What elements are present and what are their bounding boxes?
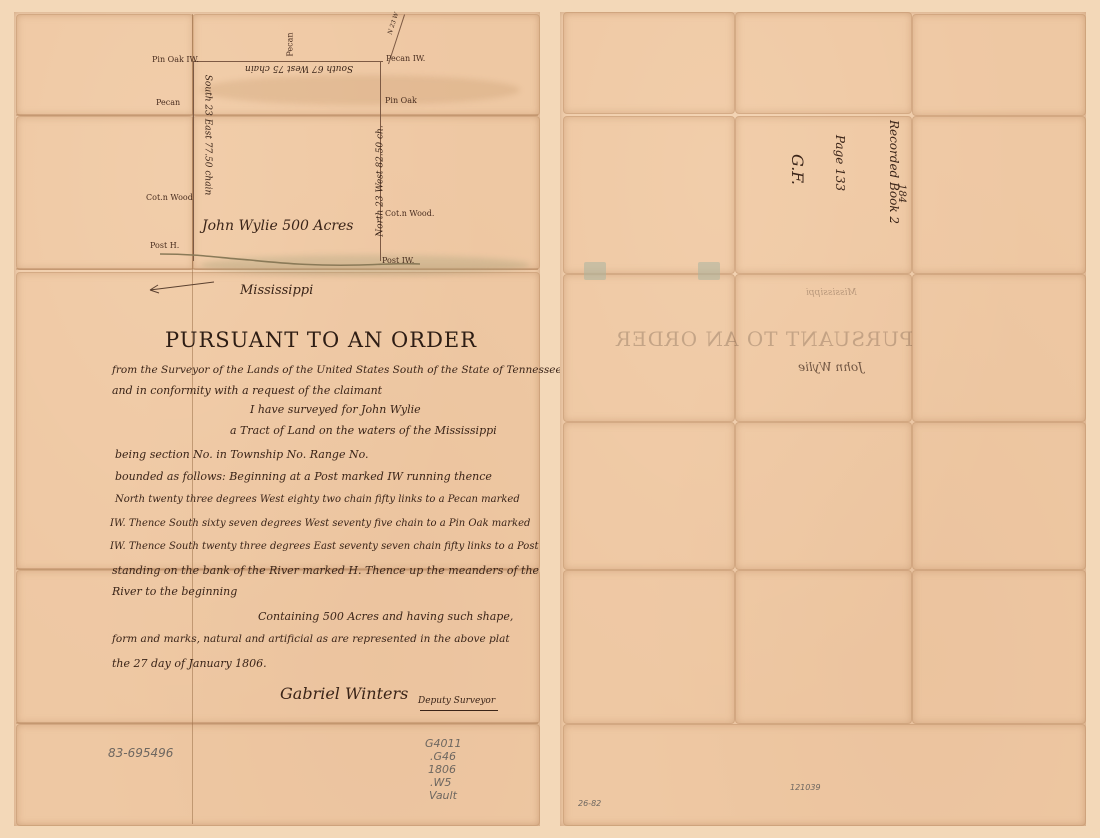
- call-number-line: .G46: [430, 750, 462, 763]
- label-cot-wood-right: Cot.n Wood.: [385, 209, 434, 218]
- back-panel: [735, 422, 912, 570]
- call-number-line: .W5: [430, 776, 462, 789]
- back-pencil-note-left: 26-82: [578, 799, 601, 808]
- call-number-line: G4011: [425, 737, 462, 750]
- back-panel: [912, 14, 1086, 116]
- corner-label-nw: Pin Oak IW.: [152, 55, 199, 64]
- bleed-through-heading: PURSUANT TO AN ORDER: [615, 327, 913, 351]
- corner-label-se: Post IW.: [382, 256, 414, 265]
- surveyor-title: Deputy Surveyor: [418, 696, 495, 706]
- order-line: Containing 500 Acres and having such sha…: [258, 610, 513, 623]
- call-number-line: Vault: [429, 789, 462, 802]
- back-panel: [563, 12, 735, 114]
- bearing-west-line: South 23 East 77.50 chain: [202, 75, 212, 196]
- call-number-line: 1806: [428, 763, 462, 776]
- back-panel: [735, 570, 912, 724]
- front-fold-1: [16, 114, 538, 116]
- order-line: North twenty three degrees West eighty t…: [115, 494, 520, 505]
- back-panel: [912, 422, 1086, 570]
- order-line: IW. Thence South twenty three degrees Ea…: [110, 541, 538, 552]
- front-fold-4: [16, 722, 538, 724]
- order-line: and in conformity with a request of the …: [112, 384, 382, 397]
- repair-tape: [698, 262, 720, 280]
- back-panel: [563, 116, 735, 274]
- order-line: being section No. in Township No. Range …: [115, 448, 369, 461]
- order-line: bounded as follows: Beginning at a Post …: [115, 470, 492, 483]
- label-pecan-top: Pecan: [286, 32, 295, 56]
- back-panel: [563, 724, 1086, 826]
- order-line: I have surveyed for John Wylie: [250, 403, 421, 416]
- docket-page: Page 133: [833, 135, 847, 191]
- label-pecan-left: Pecan: [156, 98, 180, 107]
- back-panel: [912, 570, 1086, 724]
- water-stain: [200, 75, 520, 105]
- back-panel: [912, 116, 1086, 274]
- bearing-north-line: South 67 West 75 chain: [245, 63, 353, 73]
- bearing-east-line: North 23 West 82.50 ch.: [376, 125, 386, 236]
- plat-line-west: [193, 61, 194, 261]
- surveyor-signature: Gabriel Winters: [280, 684, 408, 703]
- back-panel: [563, 570, 735, 724]
- signature-underline: [420, 710, 498, 711]
- document-heading: PURSUANT TO AN ORDER: [165, 328, 477, 352]
- back-panel: [563, 422, 735, 570]
- corner-label-ne: Pecan IW.: [386, 54, 425, 63]
- plat-line-north: [193, 61, 383, 62]
- back-panel: [735, 12, 912, 114]
- back-panel: [912, 274, 1086, 422]
- order-line: River to the beginning: [112, 585, 237, 598]
- order-line: IW. Thence South sixty seven degrees Wes…: [110, 518, 530, 529]
- river-arrow-icon: [146, 276, 216, 296]
- repair-tape: [584, 262, 606, 280]
- bleed-through-river: Mississippi: [806, 288, 857, 298]
- order-line: standing on the bank of the River marked…: [112, 564, 539, 577]
- label-cot-wood-left: Cot.n Wood: [146, 193, 193, 202]
- bleed-through-name: John Wylie: [798, 360, 863, 374]
- accession-number: 83-695496: [108, 746, 173, 760]
- docket-initials: G.F.: [788, 154, 807, 185]
- label-pin-oak-right: Pin Oak: [385, 96, 417, 105]
- call-number-block: G4011 .G46 1806 .W5 Vault: [425, 737, 462, 802]
- tract-label: John Wylie 500 Acres: [202, 218, 354, 234]
- order-line: a Tract of Land on the waters of the Mis…: [230, 424, 497, 437]
- back-panel: [735, 116, 912, 274]
- river-bank-line: [160, 248, 420, 278]
- river-label: Mississippi: [240, 283, 313, 298]
- order-line: the 27 day of January 1806.: [112, 657, 267, 670]
- order-line: form and marks, natural and artificial a…: [112, 633, 510, 645]
- order-line: from the Surveyor of the Lands of the Un…: [112, 364, 562, 376]
- docket-recorded: Recorded Book 2: [887, 120, 901, 224]
- front-panel-mid-right: [192, 116, 540, 270]
- corner-label-sw: Post H.: [150, 241, 179, 250]
- back-pencil-note-center: 121039: [790, 783, 821, 792]
